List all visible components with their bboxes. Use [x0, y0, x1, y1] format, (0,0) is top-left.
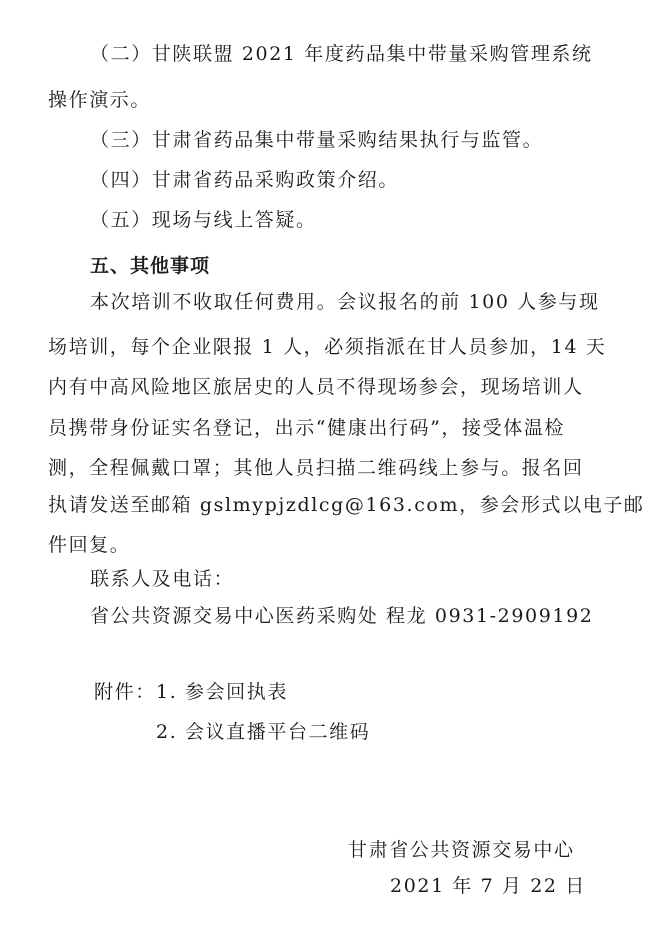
item-3: （三）甘肃省药品集中带量采购结果执行与监管。: [90, 128, 543, 152]
signature-org: 甘肃省公共资源交易中心: [348, 838, 575, 862]
item-2-line-2: 操作演示。: [48, 88, 151, 112]
signature-date: 2021 年 7 月 22 日: [390, 874, 586, 898]
section-heading: 五、其他事项: [90, 254, 210, 278]
paragraph-line-7: 件回复。: [48, 533, 130, 557]
paragraph-line-4: 员携带身份证实名登记，出示“健康出行码”，接受体温检: [48, 416, 565, 440]
paragraph-line-6: 执请发送至邮箱 gslmypjzdlcg@163.com，参会形式以电子邮: [48, 493, 645, 517]
attachment-2: 2. 会议直播平台二维码: [156, 720, 370, 744]
paragraph-line-1: 本次培训不收取任何费用。会议报名的前 100 人参与现: [90, 290, 600, 314]
attachment-1: 1. 参会回执表: [156, 680, 288, 704]
paragraph-line-3: 内有中高风险地区旅居史的人员不得现场参会，现场培训人: [48, 375, 584, 399]
item-2-line-1: （二）甘陕联盟 2021 年度药品集中带量采购管理系统: [90, 42, 593, 66]
paragraph-line-2: 场培训，每个企业限报 1 人，必须指派在甘人员参加，14 天: [48, 335, 606, 359]
attachments-label: 附件：: [94, 680, 156, 704]
contact-label: 联系人及电话：: [90, 567, 234, 591]
item-4: （四）甘肃省药品采购政策介绍。: [90, 168, 399, 192]
item-5: （五）现场与线上答疑。: [90, 208, 317, 232]
paragraph-line-5: 测，全程佩戴口罩；其他人员扫描二维码线上参与。报名回: [48, 456, 584, 480]
contact-detail: 省公共资源交易中心医药采购处 程龙 0931-2909192: [90, 604, 593, 628]
